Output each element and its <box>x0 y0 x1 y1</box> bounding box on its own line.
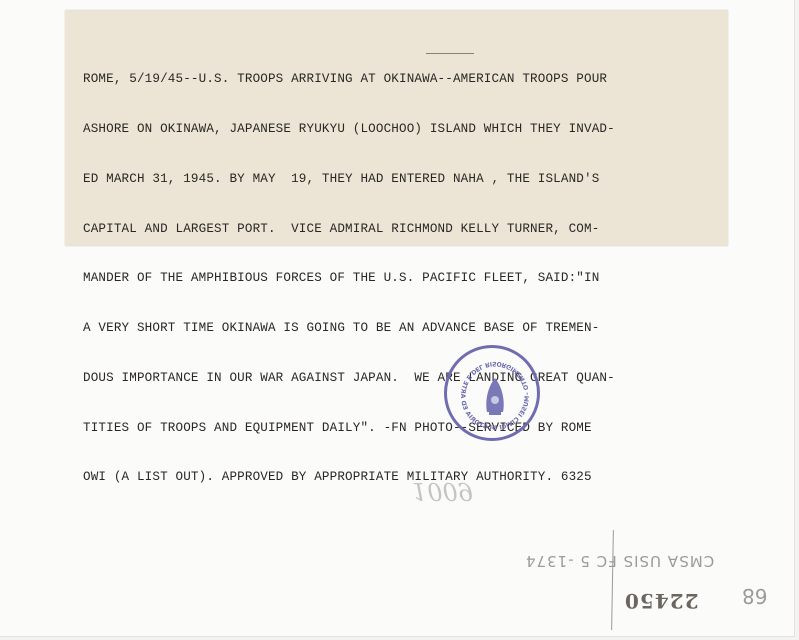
archive-code-note: CMSA USIS FC 5 -1374 <box>525 552 714 570</box>
pencil-underline <box>426 53 474 54</box>
museum-stamp: MUSEI CIVICI DI STORIA ED ARTE E DEL RIS… <box>444 345 540 441</box>
pencil-divider-line <box>611 530 614 630</box>
photo-back-page: ROME, 5/19/45--U.S. TROOPS ARRIVING AT O… <box>0 0 795 637</box>
caption-line: TITIES OF TROOPS AND EQUIPMENT DAILY". -… <box>83 420 723 437</box>
caption-text: ROME, 5/19/45--U.S. TROOPS ARRIVING AT O… <box>83 38 723 519</box>
caption-line: ASHORE ON OKINAWA, JAPANESE RYUKYU (LOOC… <box>83 121 723 138</box>
caption-line: CAPITAL AND LARGEST PORT. VICE ADMIRAL R… <box>83 221 723 238</box>
caption-line: OWI (A LIST OUT). APPROVED BY APPROPRIAT… <box>83 469 723 486</box>
caption-line: MANDER OF THE AMPHIBIOUS FORCES OF THE U… <box>83 270 723 287</box>
pencil-note: 1009 <box>412 477 473 505</box>
caption-line: ED MARCH 31, 1945. BY MAY 19, THEY HAD E… <box>83 171 723 188</box>
caption-line: A VERY SHORT TIME OKINAWA IS GOING TO BE… <box>83 320 723 337</box>
bell-emblem-icon <box>486 378 503 412</box>
caption-line: ROME, 5/19/45--U.S. TROOPS ARRIVING AT O… <box>83 71 723 88</box>
stamped-inventory-number: 22450 <box>624 589 699 613</box>
caption-line: DOUS IMPORTANCE IN OUR WAR AGAINST JAPAN… <box>83 370 723 387</box>
folder-number-note: 68 <box>742 584 767 608</box>
stamp-ring-text: MUSEI CIVICI DI STORIA ED ARTE E DEL RIS… <box>447 348 543 444</box>
